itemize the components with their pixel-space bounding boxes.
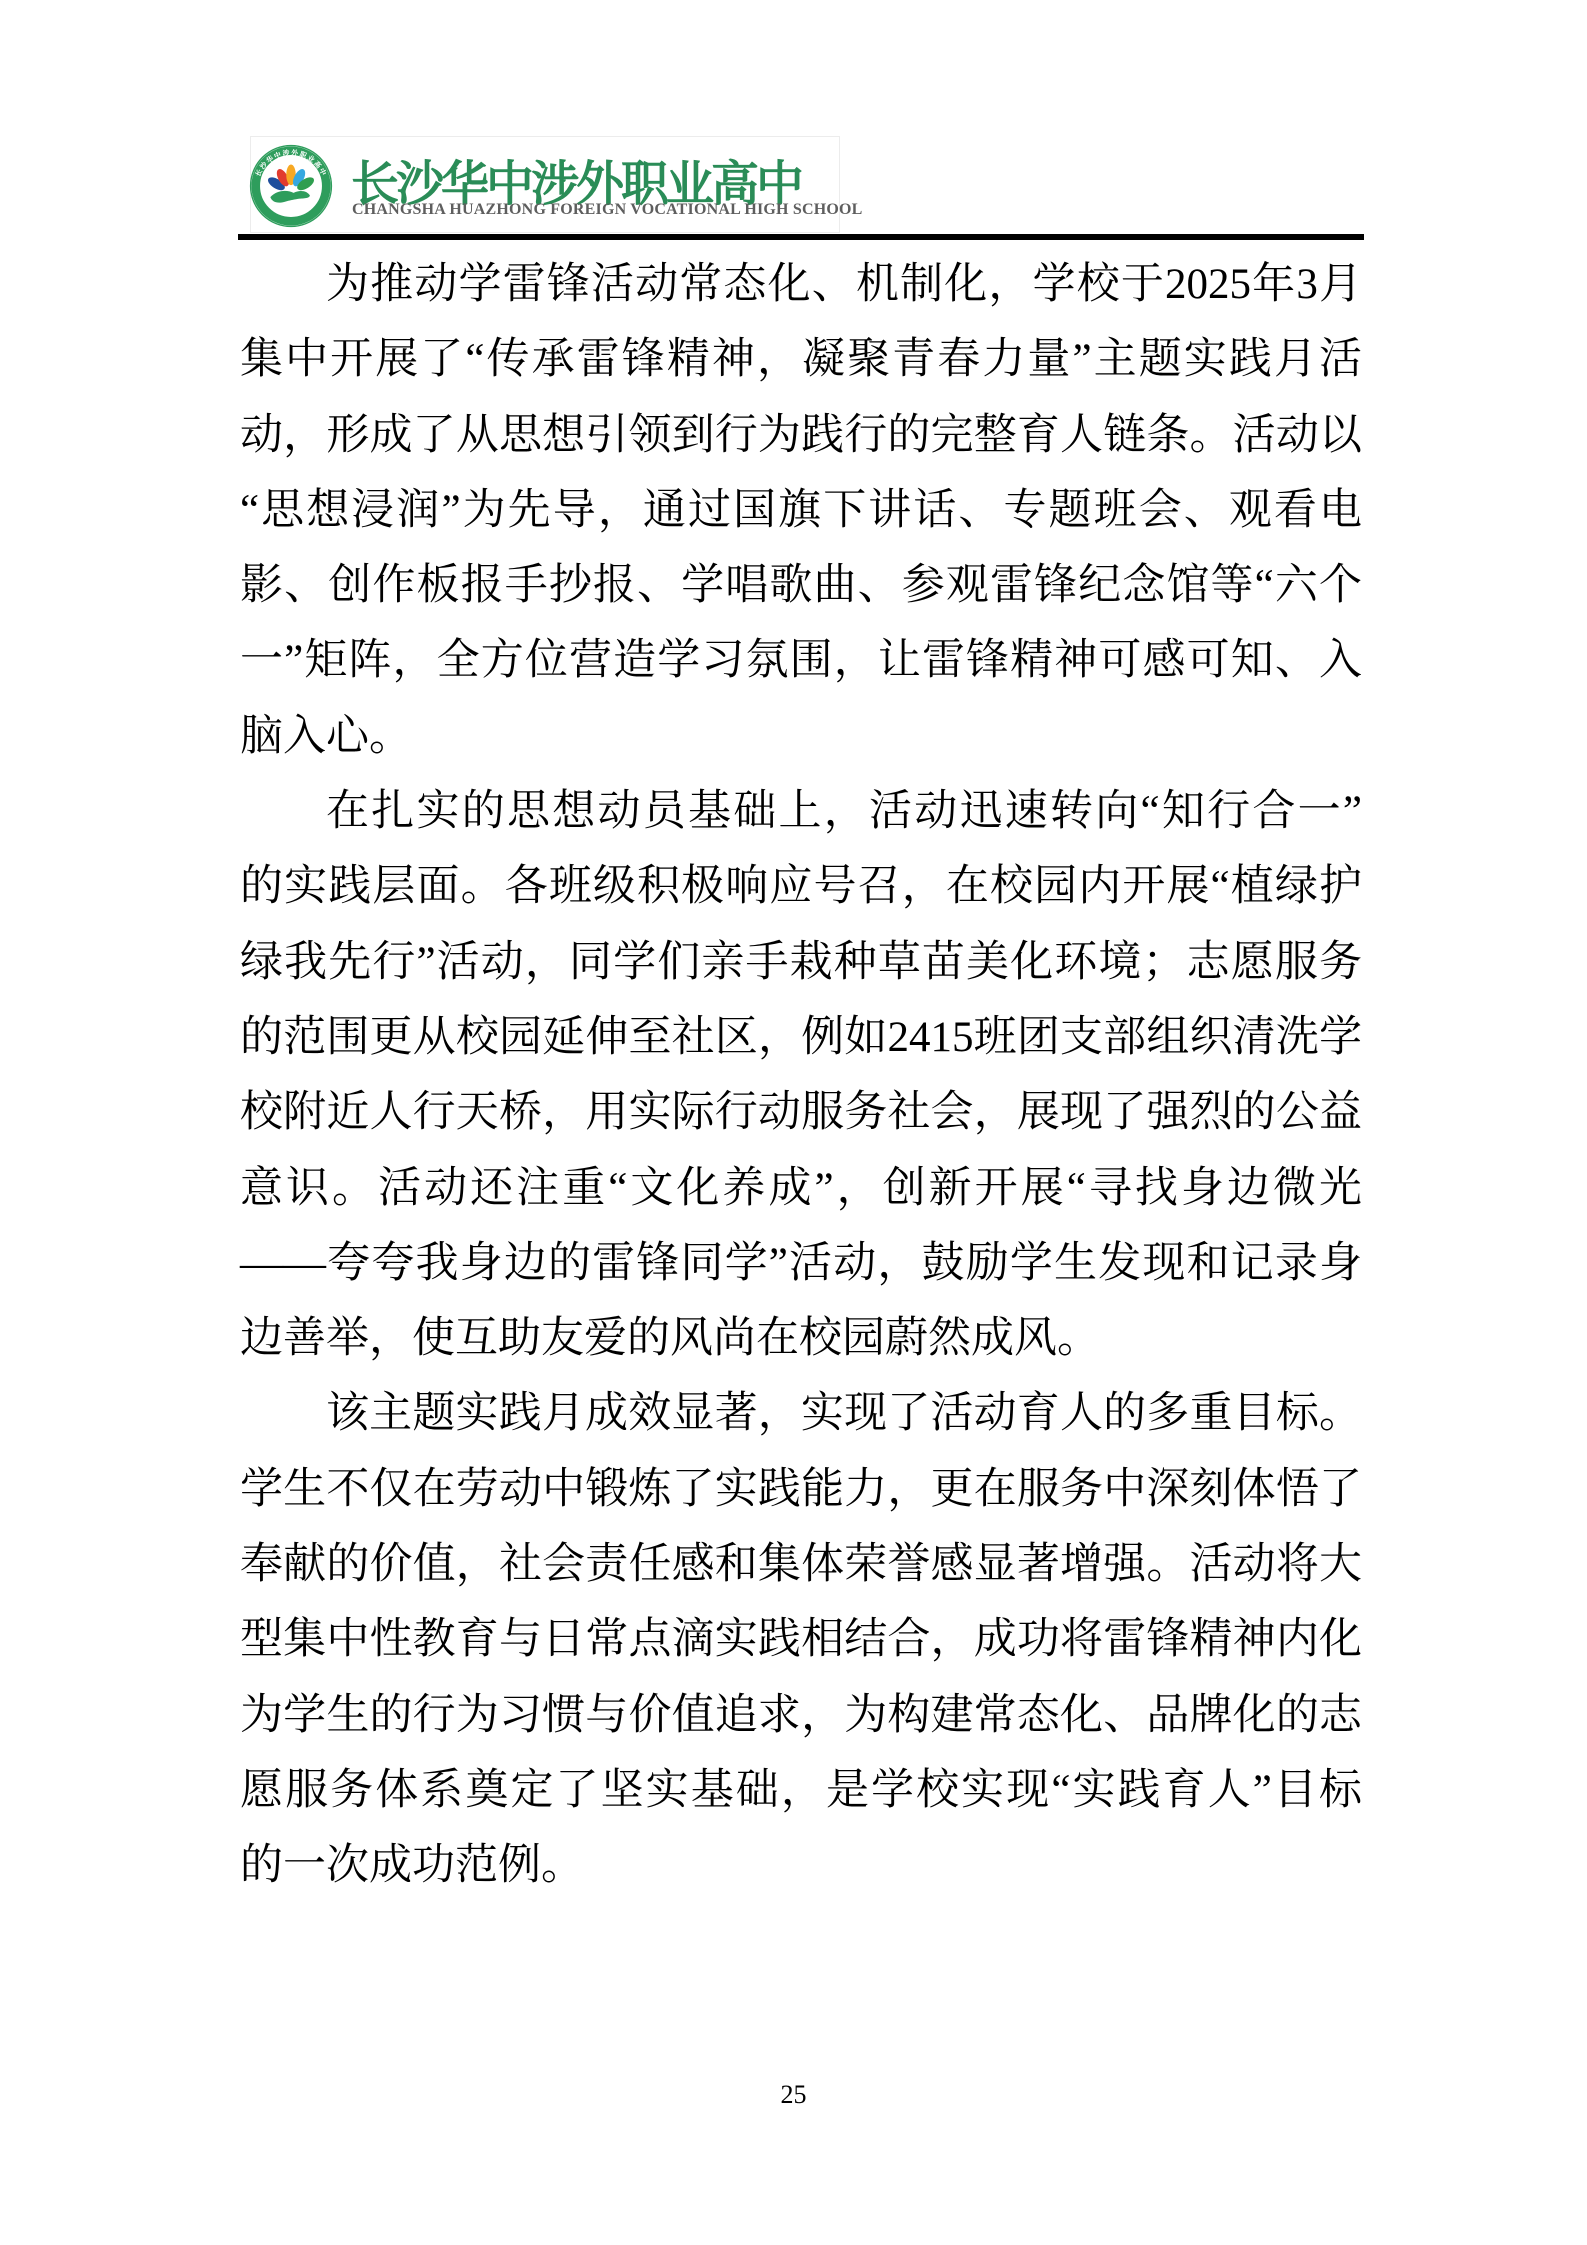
- text-line: 在扎实的思想动员基础上，活动迅速转向“知行合一”: [240, 774, 1362, 849]
- text-line: 绿我先行”活动，同学们亲手栽种草苗美化环境；志愿服务: [240, 925, 1362, 1000]
- document-body: 为推动学雷锋活动常态化、机制化，学校于2025年3月 集中开展了“传承雷锋精神，…: [240, 247, 1362, 1904]
- text-line: 影、创作板报手抄报、学唱歌曲、参观雷锋纪念馆等“六个: [240, 548, 1362, 623]
- text-line: 学生不仅在劳动中锻炼了实践能力，更在服务中深刻体悟了: [240, 1452, 1362, 1527]
- paragraph: 在扎实的思想动员基础上，活动迅速转向“知行合一” 的实践层面。各班级积极响应号召…: [240, 774, 1362, 1376]
- page-number: 25: [0, 2080, 1587, 2110]
- text-line: 该主题实践月成效显著，实现了活动育人的多重目标。: [240, 1376, 1362, 1451]
- text-line: 动，形成了从思想引领到行为践行的完整育人链条。活动以: [240, 398, 1362, 473]
- text-line: “思想浸润”为先导，通过国旗下讲话、专题班会、观看电: [240, 473, 1362, 548]
- text-line: 为推动学雷锋活动常态化、机制化，学校于2025年3月: [240, 247, 1362, 322]
- text-line: 脑入心。: [240, 699, 1362, 774]
- text-line: 的实践层面。各班级积极响应号召，在校园内开展“植绿护: [240, 849, 1362, 924]
- text-line: ——夸夸我身边的雷锋同学”活动，鼓励学生发现和记录身: [240, 1226, 1362, 1301]
- text-line: 一”矩阵，全方位营造学习氛围，让雷锋精神可感可知、入: [240, 623, 1362, 698]
- school-header-banner: 长沙华中涉外职业高中 CHANGSHA HUAZHONG FOREIGN VOC…: [250, 136, 840, 233]
- text-line: 为学生的行为习惯与价值追求，为构建常态化、品牌化的志: [240, 1678, 1362, 1753]
- text-line: 集中开展了“传承雷锋精神，凝聚青春力量”主题实践月活: [240, 322, 1362, 397]
- text-line: 校附近人行天桥，用实际行动服务社会，展现了强烈的公益: [240, 1075, 1362, 1150]
- school-logo-icon: 长沙华中涉外职业高中 CHANGSHA HUAZHONG FOREIGN VOC…: [248, 143, 334, 229]
- paragraph: 为推动学雷锋活动常态化、机制化，学校于2025年3月 集中开展了“传承雷锋精神，…: [240, 247, 1362, 774]
- text-line: 的范围更从校园延伸至社区，例如2415班团支部组织清洗学: [240, 1000, 1362, 1075]
- text-line: 边善举，使互助友爱的风尚在校园蔚然成风。: [240, 1301, 1362, 1376]
- text-line: 奉献的价值，社会责任感和集体荣誉感显著增强。活动将大: [240, 1527, 1362, 1602]
- text-line: 愿服务体系奠定了坚实基础，是学校实现“实践育人”目标: [240, 1753, 1362, 1828]
- text-line: 型集中性教育与日常点滴实践相结合，成功将雷锋精神内化: [240, 1602, 1362, 1677]
- header-rule: [238, 234, 1364, 240]
- document-page: 长沙华中涉外职业高中 CHANGSHA HUAZHONG FOREIGN VOC…: [0, 0, 1587, 2245]
- text-line: 的一次成功范例。: [240, 1828, 1362, 1903]
- paragraph: 该主题实践月成效显著，实现了活动育人的多重目标。 学生不仅在劳动中锻炼了实践能力…: [240, 1376, 1362, 1903]
- school-name-en: CHANGSHA HUAZHONG FOREIGN VOCATIONAL HIG…: [352, 201, 832, 219]
- text-line: 意识。活动还注重“文化养成”，创新开展“寻找身边微光: [240, 1151, 1362, 1226]
